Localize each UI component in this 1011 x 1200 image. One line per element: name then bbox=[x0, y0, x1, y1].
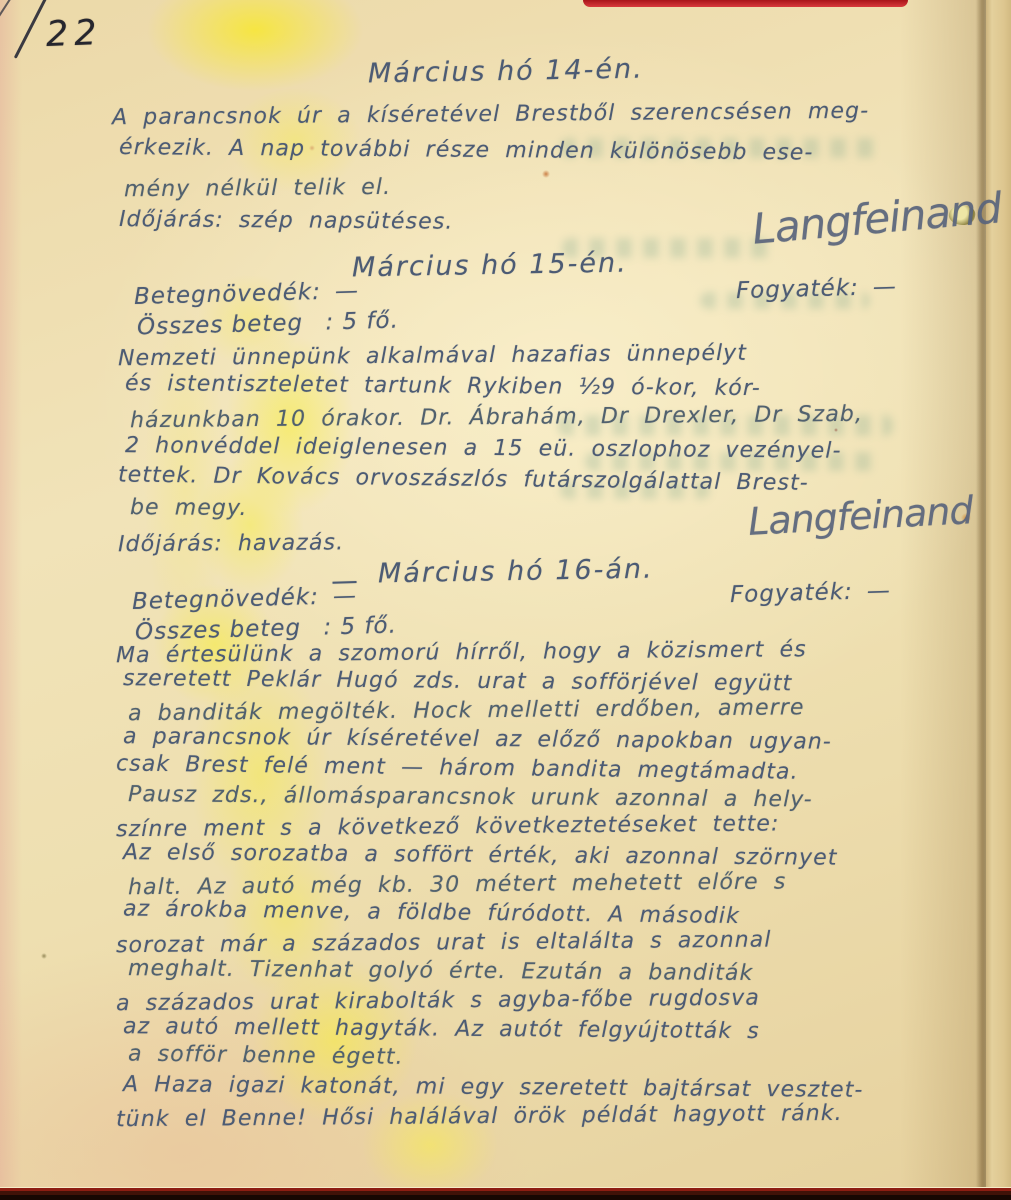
stat-label: Fogyaték: bbox=[736, 275, 859, 304]
corner-mark bbox=[14, 0, 49, 59]
stat-value: — bbox=[872, 274, 897, 301]
entry-heading-march-15: Március hó 15-én. bbox=[352, 248, 628, 284]
stat-value: : 5 fő. bbox=[325, 308, 399, 336]
stat-value: : 5 fő. bbox=[323, 613, 397, 641]
corner-mark bbox=[0, 0, 19, 34]
entry-line: mény nélkül telik el. bbox=[124, 166, 870, 209]
stat-label: Betegnövedék: bbox=[132, 584, 320, 615]
next-page-edge bbox=[986, 0, 1011, 1200]
stat-sick-increase: Betegnövedék:— bbox=[134, 278, 360, 310]
stat-value: — bbox=[333, 583, 358, 610]
entry-line: tünk el Benne! Hősi halálával örök példá… bbox=[116, 1099, 864, 1135]
entry-heading-march-16: Március hó 16-án. bbox=[378, 554, 654, 590]
stat-value: — bbox=[866, 578, 891, 605]
page-fold-shadow bbox=[976, 0, 986, 1200]
entry-line: érkezik. A nap további része minden külö… bbox=[119, 130, 869, 172]
book-edge-top bbox=[583, 0, 908, 7]
book-edge-bottom bbox=[0, 1187, 1011, 1200]
diary-page: 22 Március hó 14-én. A parancsnok úr a k… bbox=[0, 0, 1011, 1200]
stat-label: Fogyaték: bbox=[730, 579, 853, 608]
stat-label: Összes beteg bbox=[137, 310, 304, 340]
stat-loss: Fogyaték:— bbox=[730, 578, 891, 608]
page-number: 22 bbox=[45, 13, 103, 55]
stat-total-sick: Összes beteg : 5 fő. bbox=[137, 308, 399, 341]
stat-value: — bbox=[335, 278, 360, 305]
entry-body-march-16: Ma értesülünk a szomorú hírről, hogy a k… bbox=[116, 638, 864, 1131]
stat-loss: Fogyaték:— bbox=[736, 274, 897, 304]
entry-heading-march-14: Március hó 14-én. bbox=[368, 54, 644, 90]
stat-sick-increase: Betegnövedék:— bbox=[132, 583, 358, 615]
stat-label: Betegnövedék: bbox=[134, 279, 322, 310]
